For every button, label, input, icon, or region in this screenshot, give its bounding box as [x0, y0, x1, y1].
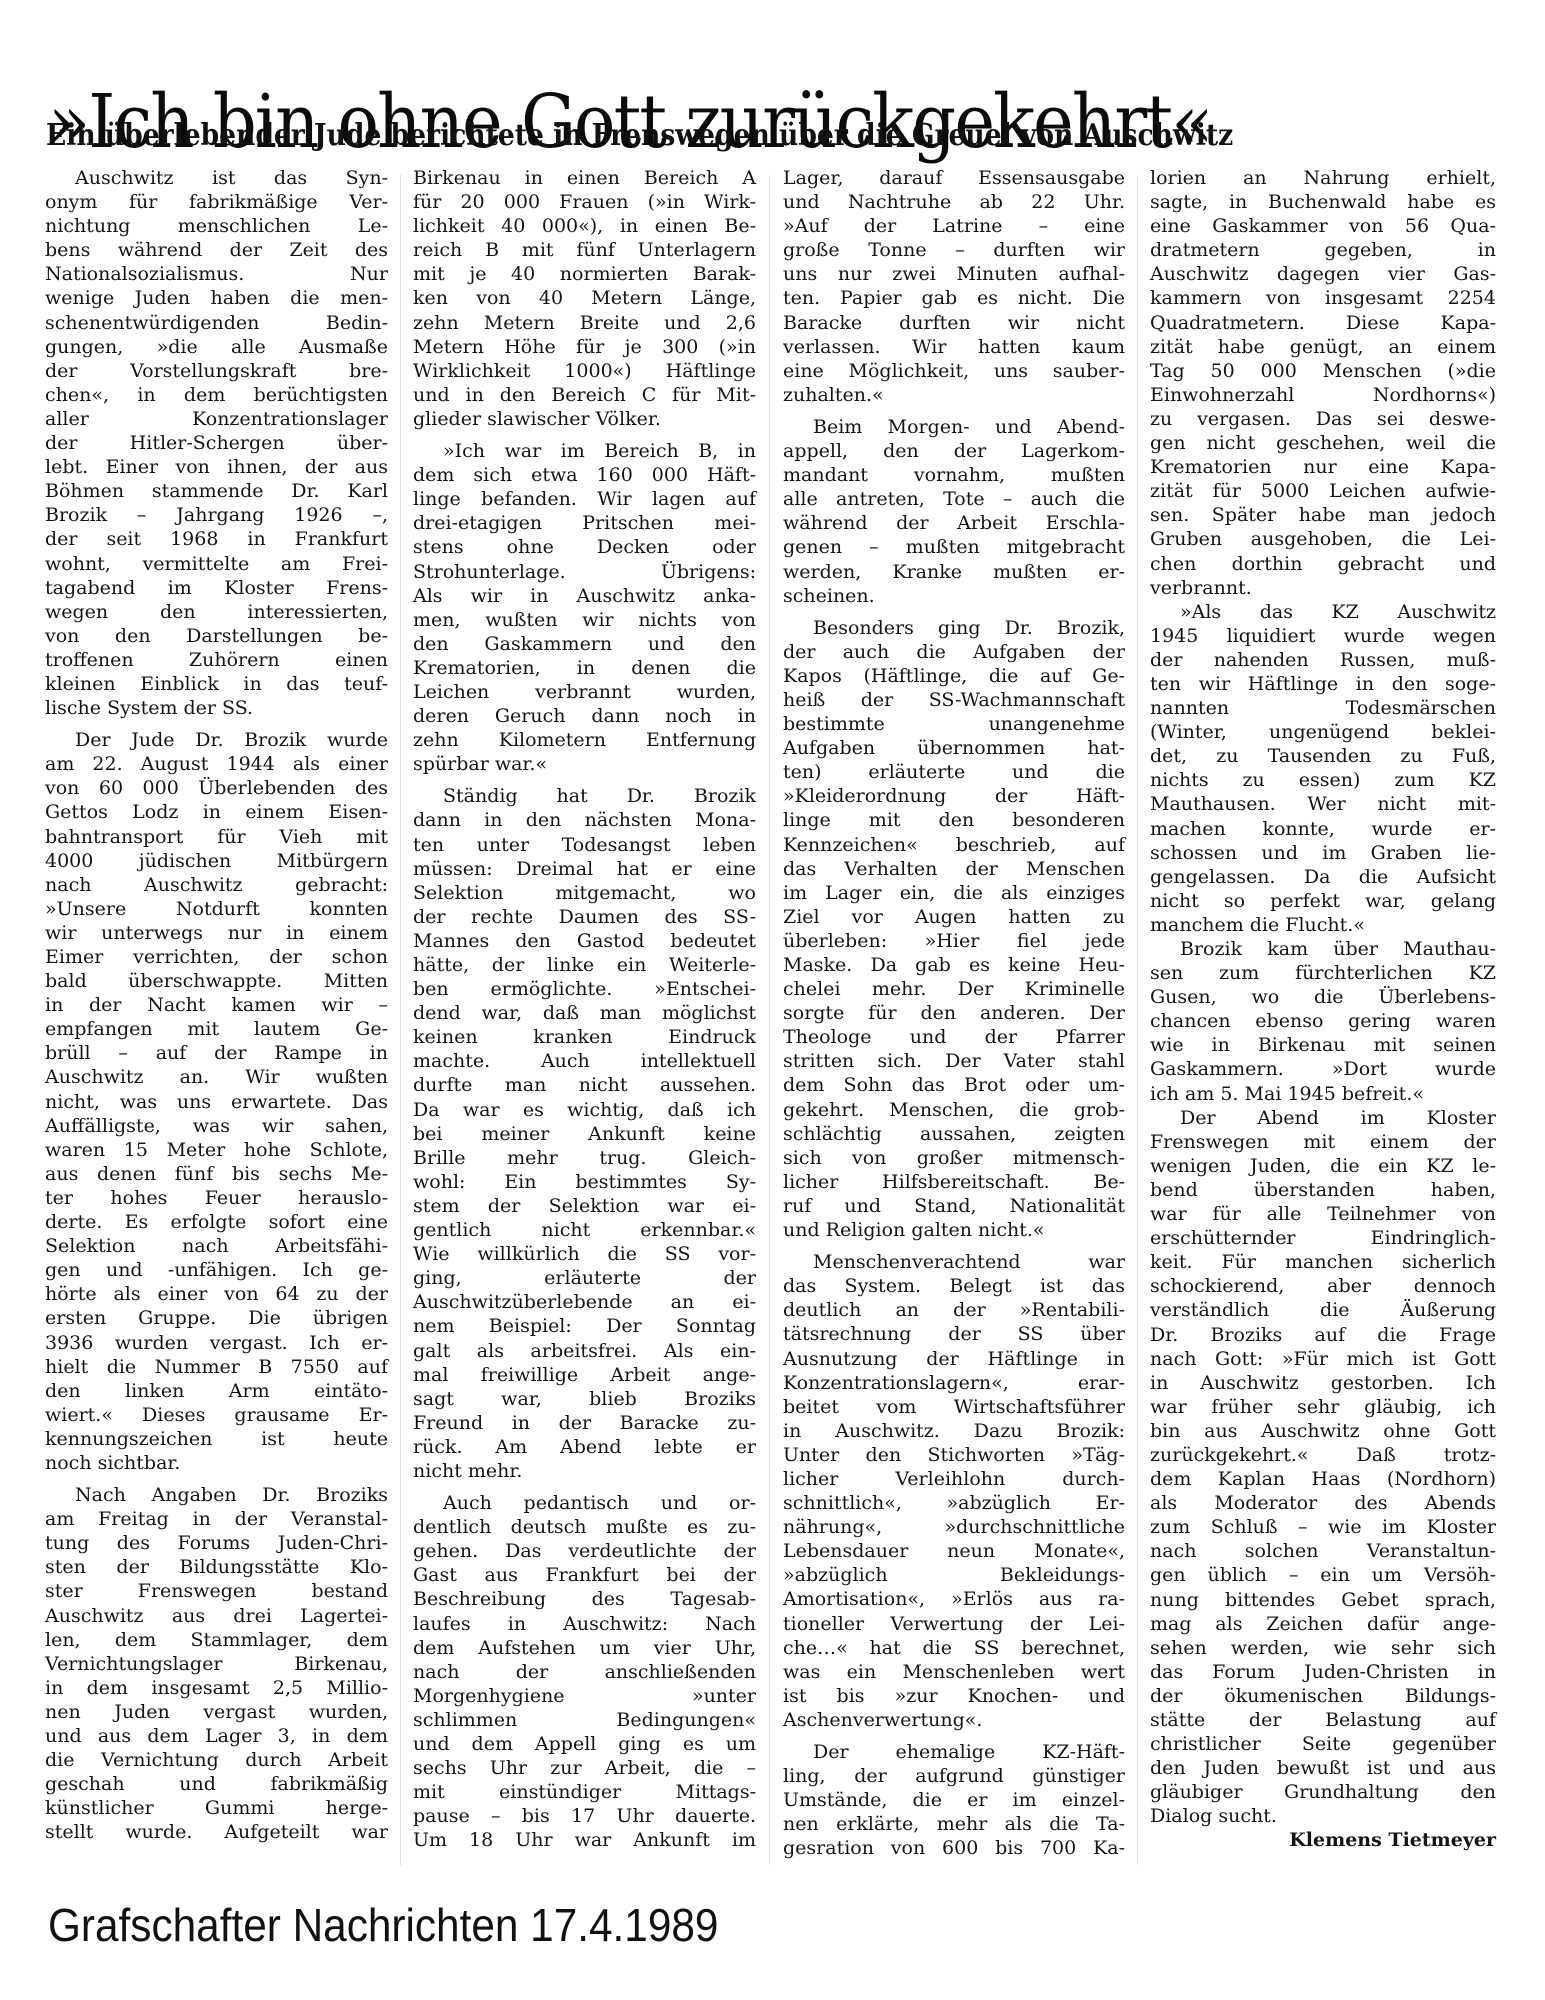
text-line: Menschenverachtend war [783, 1250, 1125, 1274]
text-line: ten. Papier gab es nicht. Die [783, 286, 1125, 310]
text-line: »Kleiderordnung der Häft- [783, 784, 1125, 808]
text-line: künstlicher Gummi herge- [45, 1796, 388, 1820]
text-line: lichkeit 40 000«), in einen Be- [413, 214, 756, 238]
text-line: bahntransport für Vieh mit [45, 825, 388, 849]
text-line: der auch die Aufgaben der [783, 640, 1125, 664]
article-column-1: Auschwitz ist das Syn-onym für fabrikmäß… [45, 166, 388, 1844]
text-line: Lager, darauf Essensausgabe [783, 166, 1125, 190]
text-line: schlächtig aussahen, zeigten [783, 1122, 1125, 1146]
text-line: ten unter Todesangst leben [413, 833, 756, 857]
text-line: dem Sohn das Brot oder um- [783, 1073, 1125, 1097]
text-line: Selektion mitgemacht, wo [413, 881, 756, 905]
text-line: verlassen. Wir hatten kaum [783, 335, 1125, 359]
text-line: Auschwitz an. Wir wußten [45, 1065, 388, 1089]
text-line: keit. Für manchen sicherlich [1150, 1250, 1496, 1274]
text-line: scheinen. [783, 584, 1125, 608]
text-line: Böhmen stammende Dr. Karl [45, 479, 388, 503]
text-line: deren Geruch dann noch in [413, 704, 756, 728]
text-line: Auch pedantisch und or- [413, 1491, 756, 1515]
article-column-4: lorien an Nahrung erhielt,sagte, in Buch… [1150, 166, 1496, 1853]
text-line: eine Möglichkeit, uns sauber- [783, 359, 1125, 383]
text-line: reich B mit fünf Unterlagern [413, 238, 756, 262]
text-line: Amortisation«, »Erlös aus ra- [783, 1587, 1125, 1611]
text-line: che…« hat die SS berechnet, [783, 1636, 1125, 1660]
text-line: schenentwürdigenden Bedin- [45, 311, 388, 335]
text-line: mandant vornahm, mußten [783, 463, 1125, 487]
text-line: appell, den der Lagerkom- [783, 439, 1125, 463]
text-line: nach solchen Veranstaltun- [1150, 1539, 1496, 1563]
text-line: Unter den Stichworten »Täg- [783, 1443, 1125, 1467]
text-line: nicht so perfekt war, gelang [1150, 889, 1496, 913]
text-line: verbrannt. [1150, 576, 1496, 600]
text-line: ist bis »zur Knochen- und [783, 1684, 1125, 1708]
text-line: nicht, was uns erwartete. Das [45, 1090, 388, 1114]
text-line: ken von 40 Metern Länge, [413, 286, 756, 310]
text-line: bin aus Auschwitz ohne Gott [1150, 1419, 1496, 1443]
text-line: durfte man nicht aussehen. [413, 1073, 756, 1097]
text-line: machte. Auch intellektuell [413, 1049, 756, 1073]
text-line: sten der Bildungsstätte Klo- [45, 1555, 388, 1579]
text-line: nach der anschließenden [413, 1660, 756, 1684]
text-line: Einwohnerzahl Nordhorns«) [1150, 383, 1496, 407]
text-line: sehen werden, wie sehr sich [1150, 1636, 1496, 1660]
text-line: bens während der Zeit des [45, 238, 388, 262]
text-line: brüll – auf der Rampe in [45, 1041, 388, 1065]
text-line: christlicher Seite gegenüber [1150, 1732, 1496, 1756]
text-line: in Auschwitz gestorben. Ich [1150, 1371, 1496, 1395]
text-line: war für alle Teilnehmer von [1150, 1202, 1496, 1226]
column-divider [1137, 175, 1138, 1865]
text-line: wie in Birkenau mit seinen [1150, 1033, 1496, 1057]
text-line: Brozik – Jahrgang 1926 –, [45, 503, 388, 527]
text-line: für 20 000 Frauen (»in Wirk- [413, 190, 756, 214]
text-line: den linken Arm eintäto- [45, 1379, 388, 1403]
text-line: wohl: Ein bestimmtes Sy- [413, 1170, 756, 1194]
text-line: der Vorstellungskraft bre- [45, 359, 388, 383]
text-line: bend überstanden haben, [1150, 1178, 1496, 1202]
text-line: »Ich war im Bereich B, in [413, 439, 756, 463]
text-line: genen – mußten mitgebracht [783, 535, 1125, 559]
text-line: Aschenverwertung«. [783, 1708, 1125, 1732]
text-line: Beschreibung des Tagesab- [413, 1587, 756, 1611]
text-line: Strohunterlage. Übrigens: [413, 560, 756, 584]
text-line: kennungszeichen ist heute [45, 1427, 388, 1451]
text-line: troffenen Zuhörern einen [45, 648, 388, 672]
text-line: als Moderator des Abends [1150, 1491, 1496, 1515]
text-line: ging, erläuterte der [413, 1266, 756, 1290]
text-line: chen«, in dem berüchtigsten [45, 383, 388, 407]
text-line: zität habe genügt, an einem [1150, 335, 1496, 359]
text-line: machen konnte, wurde er- [1150, 817, 1496, 841]
text-line: Um 18 Uhr war Ankunft im [413, 1828, 756, 1852]
text-line: der seit 1968 in Frankfurt [45, 527, 388, 551]
text-line: kleinen Einblick in das teuf- [45, 672, 388, 696]
text-line: ster Frenswegen bestand [45, 1579, 388, 1603]
text-line: ter hohes Feuer herauslo- [45, 1186, 388, 1210]
text-line: nach Auschwitz gebracht: [45, 873, 388, 897]
text-line: deutlich an der »Rentabili- [783, 1298, 1125, 1322]
subheadline: Ein überlebender Jude berichtete in Fren… [46, 118, 1338, 154]
text-line: und in den Bereich C für Mit- [413, 383, 756, 407]
text-line: und Religion galten nicht.« [783, 1218, 1125, 1242]
text-line: nen erklärte, mehr als die Ta- [783, 1812, 1125, 1836]
text-line: derte. Es erfolgte sofort eine [45, 1210, 388, 1234]
text-line: licher Verleihlohn durch- [783, 1467, 1125, 1491]
text-line: gesration von 600 bis 700 Ka- [783, 1836, 1125, 1860]
text-line: nichts zu essen) zum KZ [1150, 768, 1496, 792]
text-line: mit je 40 normierten Barak- [413, 262, 756, 286]
text-line: keinen kranken Eindruck [413, 1025, 756, 1049]
text-line: dem Kaplan Haas (Nordhorn) [1150, 1467, 1496, 1491]
text-line: am 22. August 1944 als einer [45, 752, 388, 776]
text-line: eine Gaskammer von 56 Qua- [1150, 214, 1496, 238]
text-line: Gast aus Frankfurt bei der [413, 1563, 756, 1587]
text-line: Umstände, die er im einzel- [783, 1788, 1125, 1812]
text-line: lorien an Nahrung erhielt, [1150, 166, 1496, 190]
text-line: dann in den nächsten Mona- [413, 808, 756, 832]
text-line: das Verhalten der Menschen [783, 857, 1125, 881]
text-line: Nach Angaben Dr. Broziks [45, 1483, 388, 1507]
text-line: der ökumenischen Bildungs- [1150, 1684, 1496, 1708]
text-line: ten wir Häftlinge in den soge- [1150, 672, 1496, 696]
text-line: hätte, der linke ein Weiterle- [413, 953, 756, 977]
text-line: laufes in Auschwitz: Nach [413, 1612, 756, 1636]
text-line: Auschwitzüberlebende an ei- [413, 1290, 756, 1314]
text-line: wir unterwegs nur in einem [45, 921, 388, 945]
text-line: mit einstündiger Mittags- [413, 1780, 756, 1804]
text-line: licher Hilfsbereitschaft. Be- [783, 1170, 1125, 1194]
text-line: uns nur zwei Minuten aufhal- [783, 262, 1125, 286]
text-line: große Tonne – durften wir [783, 238, 1125, 262]
text-line: heiß der SS-Wachmannschaft [783, 688, 1125, 712]
text-line: Gettos Lodz in einem Eisen- [45, 800, 388, 824]
text-line: 1945 liquidiert wurde wegen [1150, 624, 1496, 648]
text-line: sich von großer mitmensch- [783, 1146, 1125, 1170]
text-line: »Auf der Latrine – eine [783, 214, 1125, 238]
text-line: lische System der SS. [45, 696, 388, 720]
text-line: Besonders ging Dr. Brozik, [783, 616, 1125, 640]
text-line: linge mit den besonderen [783, 808, 1125, 832]
text-line: gen üblich – ein um Versöh- [1150, 1563, 1496, 1587]
text-line: Ständig hat Dr. Brozik [413, 784, 756, 808]
text-line: 4000 jüdischen Mitbürgern [45, 849, 388, 873]
text-line: zu vergasen. Das sei deswe- [1150, 407, 1496, 431]
text-line: Brille mehr trug. Gleich- [413, 1146, 756, 1170]
text-line: Wie willkürlich die SS vor- [413, 1242, 756, 1266]
text-line: spürbar war.« [413, 752, 756, 776]
text-line: mal freiwillige Arbeit ange- [413, 1363, 756, 1387]
text-line: sen zum fürchterlichen KZ [1150, 961, 1496, 985]
text-line: zuhalten.« [783, 383, 1125, 407]
text-line: tätsrechnung der SS über [783, 1322, 1125, 1346]
text-line: zehn Metern Breite und 2,6 [413, 311, 756, 335]
text-line: in dem insgesamt 2,5 Millio- [45, 1676, 388, 1700]
text-line: drei-etagigen Pritschen mei- [413, 511, 756, 535]
text-line: in der Nacht kamen wir – [45, 993, 388, 1017]
text-line: erschütternder Eindringlich- [1150, 1226, 1496, 1250]
text-line: gen nicht geschehen, weil die [1150, 431, 1496, 455]
text-line: Dialog sucht. [1150, 1804, 1496, 1828]
text-line: und aus dem Lager 3, in dem [45, 1724, 388, 1748]
text-line: tagabend im Kloster Frens- [45, 576, 388, 600]
text-line: Mannes den Gastod bedeutet [413, 929, 756, 953]
text-line: empfangen mit lautem Ge- [45, 1017, 388, 1041]
text-line: schossen und im Graben lie- [1150, 841, 1496, 865]
text-line: Wirklichkeit 1000«) Häftlinge [413, 359, 756, 383]
text-line: Lebensdauer neun Monate«, [783, 1539, 1125, 1563]
text-line: Quadratmetern. Diese Kapa- [1150, 311, 1496, 335]
text-line: Auschwitz ist das Syn- [45, 166, 388, 190]
text-line: im Lager ein, die als einziges [783, 881, 1125, 905]
text-line: manchem die Flucht.« [1150, 913, 1496, 937]
text-line: gentlich nicht erkennbar.« [413, 1218, 756, 1242]
text-line: Der ehemalige KZ-Häft- [783, 1740, 1125, 1764]
source-citation: Grafschafter Nachrichten 17.4.1989 [48, 1898, 718, 1952]
text-line: det, zu Tausenden zu Fuß, [1150, 744, 1496, 768]
text-line: in Auschwitz. Dazu Brozik: [783, 1419, 1125, 1443]
text-line: schlimmen Bedingungen« [413, 1708, 756, 1732]
column-divider [769, 175, 770, 1865]
text-line: Birkenau in einen Bereich A [413, 166, 756, 190]
text-line: mag als Zeichen dafür ange- [1150, 1612, 1496, 1636]
text-line: wiert.« Dieses grausame Er- [45, 1403, 388, 1427]
author-byline: Klemens Tietmeyer [1150, 1828, 1496, 1852]
text-line: sagte, in Buchenwald habe es [1150, 190, 1496, 214]
text-line: (Winter, ungenügend beklei- [1150, 720, 1496, 744]
text-line: gengelassen. Da die Aufsicht [1150, 865, 1496, 889]
text-line: dentlich deutsch mußte es zu- [413, 1515, 756, 1539]
text-line: nem Beispiel: Der Sonntag [413, 1314, 756, 1338]
text-line: Theologe und der Pfarrer [783, 1025, 1125, 1049]
text-line: war früher sehr gläubig, ich [1150, 1395, 1496, 1419]
text-line: der nahenden Russen, muß- [1150, 648, 1496, 672]
text-line: nach Gott: »Für mich ist Gott [1150, 1347, 1496, 1371]
text-line: rück. Am Abend lebte er [413, 1435, 756, 1459]
text-line: ruf und Stand, Nationalität [783, 1194, 1125, 1218]
text-line: nannten Todesmärschen [1150, 696, 1496, 720]
text-line: Metern Höhe für je 300 (»in [413, 335, 756, 359]
text-line: beitet vom Wirtschaftsführer [783, 1395, 1125, 1419]
text-line: glieder slawischer Völker. [413, 407, 756, 431]
text-line: hörte als einer von 64 zu der [45, 1282, 388, 1306]
text-line: dratmetern gegeben, in [1150, 238, 1496, 262]
text-line: dend war, daß man möglichst [413, 1001, 756, 1025]
text-line: Ausnutzung der Häftlinge in [783, 1347, 1125, 1371]
text-line: der Hitler-Schergen über- [45, 431, 388, 455]
text-line: Aufgaben übernommen hat- [783, 736, 1125, 760]
text-line: nährung«, »durchschnittliche [783, 1515, 1125, 1539]
text-line: zurückgekehrt.« Daß trotz- [1150, 1443, 1496, 1467]
text-line: Krematorien nur eine Kapa- [1150, 455, 1496, 479]
text-line: hielt die Nummer B 7550 auf [45, 1355, 388, 1379]
text-line: sorgte für den anderen. Der [783, 1001, 1125, 1025]
text-line: wohnt, vermittelte am Frei- [45, 552, 388, 576]
text-line: »Unsere Notdurft konnten [45, 897, 388, 921]
text-line: Leichen verbrannt wurden, [413, 680, 756, 704]
text-line: kammern von insgesamt 2254 [1150, 286, 1496, 310]
text-line: »Als das KZ Auschwitz [1150, 600, 1496, 624]
text-line: Gaskammern. »Dort wurde [1150, 1057, 1496, 1081]
text-line: Mauthausen. Wer nicht mit- [1150, 792, 1496, 816]
text-line: Tag 50 000 Menschen (»die [1150, 359, 1496, 383]
text-line: sechs Uhr zur Arbeit, die – [413, 1756, 756, 1780]
text-line: noch sichtbar. [45, 1451, 388, 1475]
text-line: Dr. Broziks auf die Frage [1150, 1323, 1496, 1347]
text-line: sagt war, blieb Broziks [413, 1387, 756, 1411]
text-line: tung des Forums Juden-Chri- [45, 1531, 388, 1555]
text-line: stem der Selektion war ei- [413, 1194, 756, 1218]
text-line: dem sich etwa 160 000 Häft- [413, 463, 756, 487]
text-line: überleben: »Hier fiel jede [783, 929, 1125, 953]
text-line: ich am 5. Mai 1945 befreit.« [1150, 1082, 1496, 1106]
text-line: müssen: Dreimal hat er eine [413, 857, 756, 881]
text-line: chelei mehr. Der Kriminelle [783, 977, 1125, 1001]
text-line: und Nachtruhe ab 22 Uhr. [783, 190, 1125, 214]
text-line: der rechte Daumen des SS- [413, 905, 756, 929]
text-line: sen. Später habe man jedoch [1150, 503, 1496, 527]
text-line: wegen den interessierten, [45, 600, 388, 624]
article-column-3: Lager, darauf Essensausgabeund Nachtruhe… [783, 166, 1125, 1860]
text-line: Auffälligste, was wir sahen, [45, 1114, 388, 1138]
text-line: ben ermöglichte. »Entschei- [413, 977, 756, 1001]
text-line: Auschwitz aus drei Lagertei- [45, 1604, 388, 1628]
text-line: verständlich die Äußerung [1150, 1298, 1496, 1322]
text-line: schockierend, aber dennoch [1150, 1274, 1496, 1298]
text-line: nen Juden vergast wurden, [45, 1700, 388, 1724]
text-line: die Vernichtung durch Arbeit [45, 1748, 388, 1772]
text-line: von den Darstellungen be- [45, 624, 388, 648]
column-divider [400, 175, 401, 1865]
text-line: ersten Gruppe. Die übrigen [45, 1306, 388, 1330]
text-line: 3936 wurden vergast. Ich er- [45, 1331, 388, 1355]
text-line: Da war es wichtig, daß ich [413, 1098, 756, 1122]
text-line: bald überschwappte. Mitten [45, 969, 388, 993]
text-line: onym für fabrikmäßige Ver- [45, 190, 388, 214]
text-line: »abzüglich Bekleidungs- [783, 1563, 1125, 1587]
text-line: stens ohne Decken oder [413, 535, 756, 559]
text-line: zum Schluß – wie im Kloster [1150, 1515, 1496, 1539]
text-line: lebt. Einer von ihnen, der aus [45, 455, 388, 479]
text-line: Baracke durften wir nicht [783, 311, 1125, 335]
text-line: len, dem Stammlager, dem [45, 1628, 388, 1652]
text-line: Kapos (Häftlinge, die auf Ge- [783, 664, 1125, 688]
text-line: gehen. Das verdeutlichte der [413, 1539, 756, 1563]
text-line: zität für 5000 Leichen aufwie- [1150, 479, 1496, 503]
text-line: geschah und fabrikmäßig [45, 1772, 388, 1796]
text-line: Kennzeichen« beschrieb, auf [783, 833, 1125, 857]
text-line: chancen ebenso gering waren [1150, 1009, 1496, 1033]
text-line: Gruben ausgehoben, die Lei- [1150, 527, 1496, 551]
text-line: chen dorthin gebracht und [1150, 552, 1496, 576]
text-line: Der Jude Dr. Brozik wurde [45, 728, 388, 752]
text-line: von 60 000 Überlebenden des [45, 776, 388, 800]
text-line: linge befanden. Wir lagen auf [413, 487, 756, 511]
text-line: bei meiner Ankunft keine [413, 1122, 756, 1146]
text-line: Eimer verrichten, der schon [45, 945, 388, 969]
text-line: Der Abend im Kloster [1150, 1106, 1496, 1130]
text-line: den Gaskammern und den [413, 632, 756, 656]
text-line: Konzentrationslagern«, erar- [783, 1371, 1125, 1395]
text-line: Freund in der Baracke zu- [413, 1411, 756, 1435]
text-line: Morgenhygiene »unter [413, 1684, 756, 1708]
text-line: den Juden bewußt ist und aus [1150, 1756, 1496, 1780]
text-line: ling, der aufgrund günstiger [783, 1764, 1125, 1788]
text-line: gekehrt. Menschen, die grob- [783, 1098, 1125, 1122]
text-line: nichtung menschlichen Le- [45, 214, 388, 238]
text-line: Nationalsozialismus. Nur [45, 262, 388, 286]
text-line: tioneller Verwertung der Lei- [783, 1612, 1125, 1636]
text-line: aus denen fünf bis sechs Me- [45, 1162, 388, 1186]
text-line: Brozik kam über Mauthau- [1150, 937, 1496, 961]
text-line: schnittlich«, »abzüglich Er- [783, 1491, 1125, 1515]
text-line: ten) erläuterte und die [783, 760, 1125, 784]
text-line: Vernichtungslager Birkenau, [45, 1652, 388, 1676]
text-line: Gusen, wo die Überlebens- [1150, 985, 1496, 1009]
text-line: das System. Belegt ist das [783, 1274, 1125, 1298]
text-line: nicht mehr. [413, 1459, 756, 1483]
text-line: Ziel vor Augen hatten zu [783, 905, 1125, 929]
text-line: stritten sich. Der Vater stahl [783, 1049, 1125, 1073]
text-line: nung bittendes Gebet sprach, [1150, 1588, 1496, 1612]
text-line: Frenswegen mit einem der [1150, 1130, 1496, 1154]
text-line: pause – bis 17 Uhr dauerte. [413, 1804, 756, 1828]
text-line: dem Aufstehen um vier Uhr, [413, 1636, 756, 1660]
text-line: bestimmte unangenehme [783, 712, 1125, 736]
text-line: gen und -unfähigen. Ich ge- [45, 1258, 388, 1282]
text-line: gungen, »die alle Ausmaße [45, 335, 388, 359]
text-line: Als wir in Auschwitz anka- [413, 584, 756, 608]
text-line: werden, Kranke mußten er- [783, 560, 1125, 584]
text-line: waren 15 Meter hohe Schlote, [45, 1138, 388, 1162]
text-line: zehn Kilometern Entfernung [413, 728, 756, 752]
text-line: Selektion nach Arbeitsfähi- [45, 1234, 388, 1258]
text-line: Maske. Da gab es keine Heu- [783, 953, 1125, 977]
text-line: stellt wurde. Aufgeteilt war [45, 1820, 388, 1844]
text-line: Krematorien, in denen die [413, 656, 756, 680]
text-line: aller Konzentrationslager [45, 407, 388, 431]
text-line: wenigen Juden, die ein KZ le- [1150, 1154, 1496, 1178]
text-line: und dem Appell ging es um [413, 1732, 756, 1756]
text-line: das Forum Juden-Christen in [1150, 1660, 1496, 1684]
text-line: Beim Morgen- und Abend- [783, 415, 1125, 439]
text-line: gläubiger Grundhaltung den [1150, 1780, 1496, 1804]
text-line: galt als arbeitsfrei. Als ein- [413, 1339, 756, 1363]
text-line: stätte der Belastung auf [1150, 1708, 1496, 1732]
text-line: men, wußten wir nichts von [413, 608, 756, 632]
text-line: am Freitag in der Veranstal- [45, 1507, 388, 1531]
text-line: wenige Juden haben die men- [45, 286, 388, 310]
article-column-2: Birkenau in einen Bereich Afür 20 000 Fr… [413, 166, 756, 1852]
text-line: was ein Menschenleben wert [783, 1660, 1125, 1684]
text-line: alle antreten, Tote – auch die [783, 487, 1125, 511]
text-line: Auschwitz dagegen vier Gas- [1150, 262, 1496, 286]
text-line: während der Arbeit Erschla- [783, 511, 1125, 535]
